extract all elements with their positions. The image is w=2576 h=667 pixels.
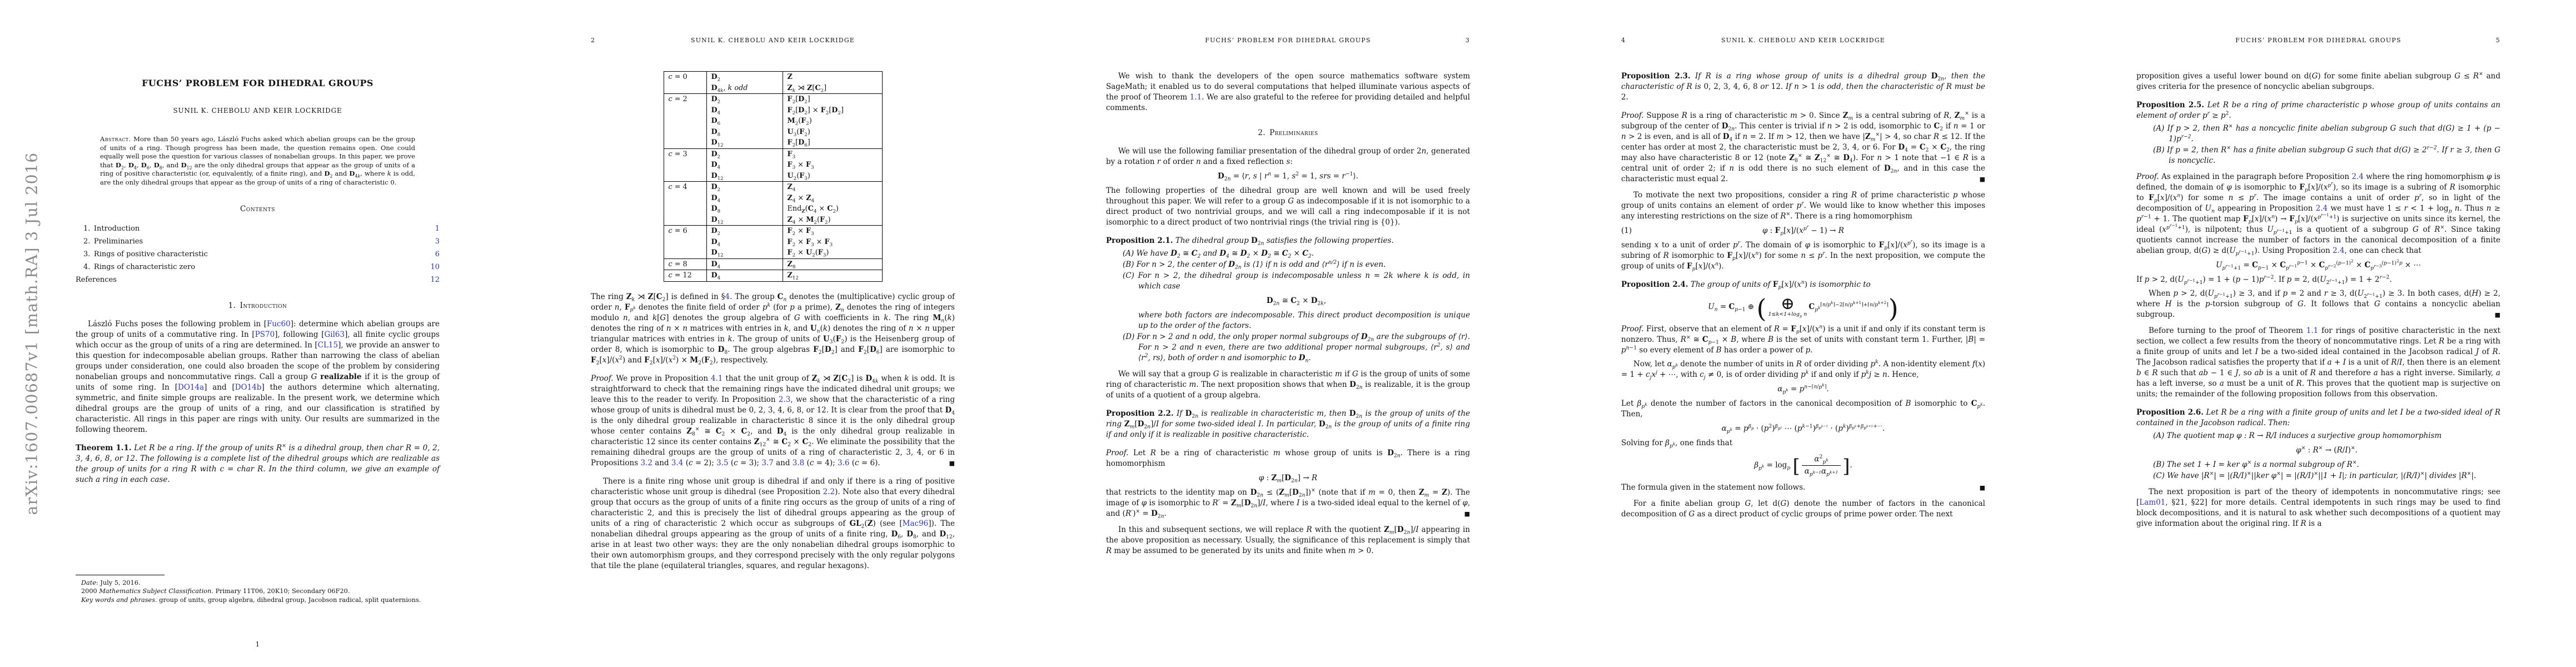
equation-1: (1) φ : Fp[x]/(xpr − 1) → R bbox=[1621, 226, 1985, 236]
ref-link[interactable]: 3.7 bbox=[761, 459, 773, 467]
table-row: D8EndZ(C4 × C2) bbox=[664, 203, 882, 215]
cell-characteristic bbox=[664, 116, 706, 127]
table-row: c = 3D2F3 bbox=[664, 148, 882, 160]
cell-characteristic bbox=[664, 83, 706, 94]
paper-authors: SUNIL K. CHEBOLU AND KEIR LOCKRIDGE bbox=[76, 106, 440, 116]
running-head: FUCHS’ PROBLEM FOR DIHEDRAL GROUPS 3 bbox=[1106, 37, 1470, 44]
cell-group: D4 bbox=[706, 160, 783, 171]
running-head: 4 SUNIL K. CHEBOLU AND KEIR LOCKRIDGE bbox=[1621, 37, 1985, 44]
table-row: D4F2[D2] × F2[D2] bbox=[664, 105, 882, 116]
table-row: c = 4D2Z4 bbox=[664, 182, 882, 193]
cell-example-ring: F3 × F3 bbox=[783, 160, 882, 171]
toc-entry-references[interactable]: References12 bbox=[76, 273, 440, 286]
item-B: (B) The set 1 + I = ker φ× is a normal s… bbox=[2153, 460, 2500, 470]
paper-title: FUCHS’ PROBLEM FOR DIHEDRAL GROUPS bbox=[76, 78, 440, 88]
cell-example-ring: F2[D6] bbox=[783, 137, 882, 148]
table-row: D12F2 × U2(F3) bbox=[664, 247, 882, 258]
cell-example-ring: F2[D2] bbox=[783, 94, 882, 105]
table-row: D4F2 × F3 × F3 bbox=[664, 237, 882, 248]
cell-example-ring: EndZ(C4 × C2) bbox=[783, 203, 882, 215]
running-title: FUCHS’ PROBLEM FOR DIHEDRAL GROUPS bbox=[2153, 37, 2484, 44]
cell-example-ring: F2 × U2(F3) bbox=[783, 247, 882, 258]
ref-link[interactable]: 1.1 bbox=[2306, 326, 2318, 335]
cell-group: D4 bbox=[706, 258, 783, 270]
toc-page-number[interactable]: 3 bbox=[435, 235, 440, 248]
table-row: c = 8D4Z8 bbox=[664, 258, 882, 270]
display-alpha: αpk = pn−⌈n/pk⌉. bbox=[1621, 384, 1985, 395]
toc-entry-characteristic-zero[interactable]: 4. Rings of characteristic zero10 bbox=[76, 261, 440, 273]
display-beta-product: αpk = pβp · (p2)βp² ⋯ (pk−1)βpk−1 · (pk)… bbox=[1621, 424, 1985, 434]
cell-example-ring: Z bbox=[783, 72, 882, 83]
cell-characteristic bbox=[664, 105, 706, 116]
table-row: D8U3(F2) bbox=[664, 127, 882, 138]
idempotents-paragraph: The next proposition is part of the theo… bbox=[2136, 487, 2500, 529]
item-C-continued: where both factors are indecomposable. T… bbox=[1123, 310, 1470, 331]
cell-group: D12 bbox=[706, 137, 783, 148]
ref-link[interactable]: 3.6 bbox=[838, 459, 849, 467]
proposition-2-1: Proposition 2.1. The dihedral group D2n … bbox=[1106, 236, 1470, 246]
item-C: (C) We have |R×| = |(R/I)×||ker φ×| = |(… bbox=[2153, 471, 2500, 481]
toc-label: References bbox=[76, 273, 117, 286]
ref-link[interactable]: 3.4 bbox=[671, 459, 683, 467]
running-authors: SUNIL K. CHEBOLU AND KEIR LOCKRIDGE bbox=[1638, 37, 1969, 44]
cell-group: D12 bbox=[706, 171, 783, 182]
page4-content: Proposition 2.3. If R is a ring whose gr… bbox=[1621, 71, 1985, 520]
cell-example-ring: Z4 bbox=[783, 182, 882, 193]
finite-ring-paragraph: There is a finite ring whose unit group … bbox=[591, 476, 955, 571]
display-dihedral-presentation: D2n = ⟨r, s | rn = 1, s2 = 1, srs = r−1⟩… bbox=[1106, 171, 1470, 182]
page-number-1: 1 bbox=[0, 640, 515, 648]
cell-characteristic: c = 4 bbox=[664, 182, 706, 193]
ref-link[interactable]: CL15 bbox=[318, 341, 338, 350]
proof-2-4-b: Now, let αpk denote the number of units … bbox=[1621, 359, 1985, 380]
qed-box: ■ bbox=[2136, 310, 2500, 320]
item-A: (A) The quotient map φ : R → R/I induces… bbox=[2153, 431, 2500, 441]
footnote-rule bbox=[76, 575, 165, 575]
ref-link[interactable]: 3.5 bbox=[716, 459, 728, 467]
item-B: (B) If p = 2, then R× has a finite abeli… bbox=[2153, 145, 2500, 166]
cell-group: D4 bbox=[706, 237, 783, 248]
toc-page-number[interactable]: 6 bbox=[435, 248, 440, 261]
item-A: (A) If p > 2, then R× has a noncyclic fi… bbox=[2153, 123, 2500, 145]
running-page-number: 5 bbox=[2484, 37, 2500, 44]
ref-link[interactable]: 2.4 bbox=[2351, 172, 2363, 181]
toc-page-number[interactable]: 1 bbox=[435, 222, 440, 235]
arxiv-watermark: arXiv:1607.00687v1 [math.RA] 3 Jul 2016 bbox=[23, 152, 41, 515]
footnote-keywords: Key words and phrases. group of units, g… bbox=[76, 596, 440, 605]
abstract: Abstract. More than 50 years ago, László… bbox=[100, 135, 415, 187]
table-row: D6M2(F2) bbox=[664, 116, 882, 127]
continued-paragraph: proposition gives a useful lower bound o… bbox=[2136, 71, 2500, 92]
running-head: FUCHS’ PROBLEM FOR DIHEDRAL GROUPS 5 bbox=[2136, 37, 2500, 44]
ref-link[interactable]: 2.2 bbox=[823, 487, 835, 496]
display-phi-map: φ : Zm[D2n] → R bbox=[1106, 473, 1470, 484]
cell-example-ring: F2[D2] × F2[D2] bbox=[783, 105, 882, 116]
theorem-1-1: Theorem 1.1. Let R be a ring. If the gro… bbox=[76, 443, 440, 485]
cell-group: D2 bbox=[706, 226, 783, 237]
ref-link[interactable]: Lam01 bbox=[2139, 498, 2165, 507]
cell-example-ring: Z4 × Z4 bbox=[783, 193, 882, 204]
cell-characteristic: c = 6 bbox=[664, 226, 706, 237]
proof-2-3: Proof. Suppose R is a ring of characteri… bbox=[1621, 111, 1985, 185]
cell-example-ring: F2 × F3 × F3 bbox=[783, 237, 882, 248]
proposition-2-2: Proposition 2.2. If D2n is realizable in… bbox=[1106, 409, 1470, 440]
cell-example-ring: Z8 bbox=[783, 258, 882, 270]
proof-2-4-c: Let βpk denote the number of factors in … bbox=[1621, 399, 1985, 420]
cell-characteristic bbox=[664, 160, 706, 171]
cell-characteristic: c = 0 bbox=[664, 72, 706, 83]
cell-example-ring: U2(F3) bbox=[783, 171, 882, 182]
page1-content: FUCHS’ PROBLEM FOR DIHEDRAL GROUPS SUNIL… bbox=[76, 78, 440, 485]
ref-link[interactable]: 2.3 bbox=[779, 395, 790, 404]
table-row: c = 6D2F2 × F3 bbox=[664, 226, 882, 237]
cell-group: D8 bbox=[706, 127, 783, 138]
item-D: (D) For n > 2 and n odd, the only proper… bbox=[1123, 332, 1470, 364]
page-3: FUCHS’ PROBLEM FOR DIHEDRAL GROUPS 3 We … bbox=[1030, 0, 1546, 667]
proof-2-4-d: Solving for βpk, one finds that bbox=[1621, 438, 1985, 449]
cell-example-ring: Z12 bbox=[783, 270, 882, 282]
acknowledgement-paragraph: We wish to thank the developers of the o… bbox=[1106, 71, 1470, 113]
running-title: FUCHS’ PROBLEM FOR DIHEDRAL GROUPS bbox=[1123, 37, 1453, 44]
ref-link[interactable]: PS70 bbox=[255, 330, 275, 339]
proposition-2-1-items: (A) We have D2 ≅ C2 and D4 ≅ D2 × D2 ≅ C… bbox=[1123, 248, 1470, 364]
footnote-msc: 2000 Mathematics Subject Classification.… bbox=[76, 587, 440, 596]
cell-example-ring: M2(F2) bbox=[783, 116, 882, 127]
cell-example-ring: U3(F2) bbox=[783, 127, 882, 138]
proposition-2-6-items: (A) The quotient map φ : R → R/I induces… bbox=[2153, 431, 2500, 481]
display-u-decomposition: Upr−1+1 = Cp−1 × Cpr−1p−1 × Cpr−2(p−1)2 … bbox=[2136, 260, 2500, 271]
cell-characteristic bbox=[664, 215, 706, 226]
page3-content: We wish to thank the developers of the o… bbox=[1106, 71, 1470, 556]
cell-group: D4k, k odd bbox=[706, 83, 783, 94]
cell-characteristic bbox=[664, 137, 706, 148]
toc-label: 1. Introduction bbox=[76, 222, 139, 235]
before-theorem-paragraph: Before turning to the proof of Theorem 1… bbox=[2136, 326, 2500, 400]
table-row: D12Z4 × M2(F2) bbox=[664, 215, 882, 226]
section-heading-preliminaries: 2. Preliminaries bbox=[1106, 128, 1470, 138]
ref-link[interactable]: 2.4 bbox=[2333, 246, 2344, 255]
page-4: 4 SUNIL K. CHEBOLU AND KEIR LOCKRIDGE Pr… bbox=[1546, 0, 2061, 667]
toc-entry-positive-characteristic[interactable]: 3. Rings of positive characteristic6 bbox=[76, 248, 440, 261]
cell-characteristic bbox=[664, 171, 706, 182]
toc-label: 3. Rings of positive characteristic bbox=[76, 248, 208, 261]
proposition-2-6: Proposition 2.6. Let R be a ring with a … bbox=[2136, 407, 2500, 429]
display-c2-times-d2k: D2n ≅ C2 × D2k, bbox=[1123, 296, 1470, 306]
table-row: c = 2D2F2[D2] bbox=[664, 94, 882, 105]
contents-heading: Contents bbox=[76, 204, 440, 215]
cell-characteristic bbox=[664, 237, 706, 248]
page-5: FUCHS’ PROBLEM FOR DIHEDRAL GROUPS 5 pro… bbox=[2061, 0, 2576, 667]
item-C: (C) For n > 2, the dihedral group is ind… bbox=[1123, 271, 1470, 292]
running-authors: SUNIL K. CHEBOLU AND KEIR LOCKRIDGE bbox=[607, 37, 938, 44]
cell-group: D2 bbox=[706, 72, 783, 83]
table-row: D12F2[D6] bbox=[664, 137, 882, 148]
cell-characteristic bbox=[664, 247, 706, 258]
cell-characteristic: c = 2 bbox=[664, 94, 706, 105]
ref-link[interactable]: DO14b bbox=[235, 383, 262, 392]
cell-characteristic bbox=[664, 193, 706, 204]
ref-link[interactable]: DO14a bbox=[178, 383, 204, 392]
section-heading-introduction: 1. Introduction bbox=[76, 301, 440, 311]
cell-group: D12 bbox=[706, 247, 783, 258]
proposition-2-5-items: (A) If p > 2, then R× has a noncyclic fi… bbox=[2153, 123, 2500, 166]
cell-example-ring: Z4 × M2(F2) bbox=[783, 215, 882, 226]
ref-link[interactable]: 1.1 bbox=[1190, 93, 1202, 102]
table-row: D4F3 × F3 bbox=[664, 160, 882, 171]
proof-2-2-start: Proof. Let R be a ring of characteristic… bbox=[1106, 448, 1470, 469]
ref-link[interactable]: 3.2 bbox=[640, 459, 652, 467]
table-row: D12U2(F3) bbox=[664, 171, 882, 182]
proposition-2-3: Proposition 2.3. If R is a ring whose gr… bbox=[1621, 71, 1985, 103]
toc-entry-introduction[interactable]: 1. Introduction1 bbox=[76, 222, 440, 235]
presentation-paragraph: We will use the following familiar prese… bbox=[1106, 146, 1470, 167]
ref-link[interactable]: 3.8 bbox=[793, 459, 804, 467]
table-row: D4Z4 × Z4 bbox=[664, 193, 882, 204]
running-page-number: 4 bbox=[1621, 37, 1638, 44]
dg-definition-paragraph: For a finite abelian group G, let d(G) d… bbox=[1621, 499, 1985, 520]
ref-link[interactable]: Mac96 bbox=[903, 519, 929, 528]
notation-paragraph: The ring Zk ⋊ Z[C2] is defined in §4. Th… bbox=[591, 292, 955, 366]
motivation-paragraph: To motivate the next two propositions, c… bbox=[1621, 190, 1985, 222]
properties-paragraph: The following properties of the dihedral… bbox=[1106, 186, 1470, 228]
running-page-number: 2 bbox=[591, 37, 607, 44]
cell-group: D4 bbox=[706, 105, 783, 116]
table-of-contents: 1. Introduction1 2. Preliminaries3 3. Ri… bbox=[76, 222, 440, 286]
realizable-definition-paragraph: We will say that a group G is realizable… bbox=[1106, 369, 1470, 401]
toc-page-number[interactable]: 12 bbox=[430, 273, 440, 286]
display-unit-group-decomposition: Un = Cp−1 ⊕ (⊕1≤k<1+logp nCpk⌈n/pk⌉−2⌈n/… bbox=[1621, 297, 1985, 317]
proof-2-5-a: Proof. As explained in the paragraph bef… bbox=[2136, 172, 2500, 256]
page-1: arXiv:1607.00687v1 [math.RA] 3 Jul 2016 … bbox=[0, 0, 515, 667]
intro-paragraph: László Fuchs poses the following problem… bbox=[76, 319, 440, 435]
ref-link[interactable]: 4 bbox=[725, 292, 730, 301]
equation-1-body: φ : Fp[x]/(xpr − 1) → R bbox=[1621, 226, 1985, 236]
proof-2-5-b: If p > 2, d(Upr−1+1) = 1 + (p − 1)pr−2. … bbox=[2136, 275, 2500, 285]
toc-label: 4. Rings of characteristic zero bbox=[76, 261, 195, 273]
toc-entry-preliminaries[interactable]: 2. Preliminaries3 bbox=[76, 235, 440, 248]
replacement-paragraph: In this and subsequent sections, we will… bbox=[1106, 525, 1470, 556]
cell-example-ring: F3 bbox=[783, 148, 882, 160]
cell-example-ring: F2 × F3 bbox=[783, 226, 882, 237]
item-A: (A) We have D2 ≅ C2 and D4 ≅ D2 × D2 ≅ C… bbox=[1123, 248, 1470, 259]
cell-group: D2 bbox=[706, 182, 783, 193]
cell-group: D2 bbox=[706, 148, 783, 160]
after-equation-paragraph: sending x to a unit of order pr. The dom… bbox=[1621, 240, 1985, 272]
cell-characteristic: c = 3 bbox=[664, 148, 706, 160]
table-row: D4k, k oddZk ⋊ Z[C2] bbox=[664, 83, 882, 94]
table-row: c = 0D2Z bbox=[664, 72, 882, 83]
toc-page-number[interactable]: 10 bbox=[430, 261, 440, 273]
proposition-2-4: Proposition 2.4. The group of units of F… bbox=[1621, 280, 1985, 290]
paper-canvas: arXiv:1607.00687v1 [math.RA] 3 Jul 2016 … bbox=[0, 0, 2576, 667]
cell-characteristic bbox=[664, 127, 706, 138]
cell-example-ring: Zk ⋊ Z[C2] bbox=[783, 83, 882, 94]
footnote-date: Date: July 5, 2016. bbox=[76, 579, 440, 588]
page-2: 2 SUNIL K. CHEBOLU AND KEIR LOCKRIDGE c … bbox=[515, 0, 1030, 667]
cell-group: D4 bbox=[706, 193, 783, 204]
cell-group: D12 bbox=[706, 215, 783, 226]
ref-link[interactable]: Fuc60 bbox=[267, 320, 291, 328]
proposition-2-5: Proposition 2.5. Let R be a ring of prim… bbox=[2136, 100, 2500, 121]
running-page-number: 3 bbox=[1453, 37, 1470, 44]
footnote-block: Date: July 5, 2016. 2000 Mathematics Sub… bbox=[76, 575, 440, 605]
page5-content: proposition gives a useful lower bound o… bbox=[2136, 71, 2500, 529]
cell-group: D2 bbox=[706, 94, 783, 105]
display-phi-units-map: φ× : R× → (R/I)×. bbox=[2153, 445, 2500, 456]
toc-label: 2. Preliminaries bbox=[76, 235, 143, 248]
cell-group: D4 bbox=[706, 270, 783, 282]
proof-theorem-1-1: Proof. We prove in Proposition 4.1 that … bbox=[591, 374, 955, 469]
cell-group: D8 bbox=[706, 203, 783, 215]
cell-characteristic: c = 12 bbox=[664, 270, 706, 282]
proof-2-4-a: Proof. First, observe that an element of… bbox=[1621, 324, 1985, 356]
cell-characteristic bbox=[664, 203, 706, 215]
equation-1-label: (1) bbox=[1621, 226, 1632, 236]
realizability-table: c = 0D2Z D4k, k oddZk ⋊ Z[C2] c = 2D2F2[… bbox=[664, 71, 883, 282]
table-row: c = 12D4Z12 bbox=[664, 270, 882, 282]
cell-group: D6 bbox=[706, 116, 783, 127]
running-head: 2 SUNIL K. CHEBOLU AND KEIR LOCKRIDGE bbox=[591, 37, 955, 44]
page2-content: c = 0D2Z D4k, k oddZk ⋊ Z[C2] c = 2D2F2[… bbox=[591, 71, 955, 571]
ref-link[interactable]: Gil63 bbox=[325, 330, 345, 339]
item-B: (B) For n > 2, the center of D2n is ⟨1⟩ … bbox=[1123, 260, 1470, 270]
ref-link[interactable]: 4.1 bbox=[711, 374, 723, 383]
display-beta-log: βpk = logp [α2pkαpk−1αpk+1]. bbox=[1621, 454, 1985, 477]
cell-characteristic: c = 8 bbox=[664, 258, 706, 270]
